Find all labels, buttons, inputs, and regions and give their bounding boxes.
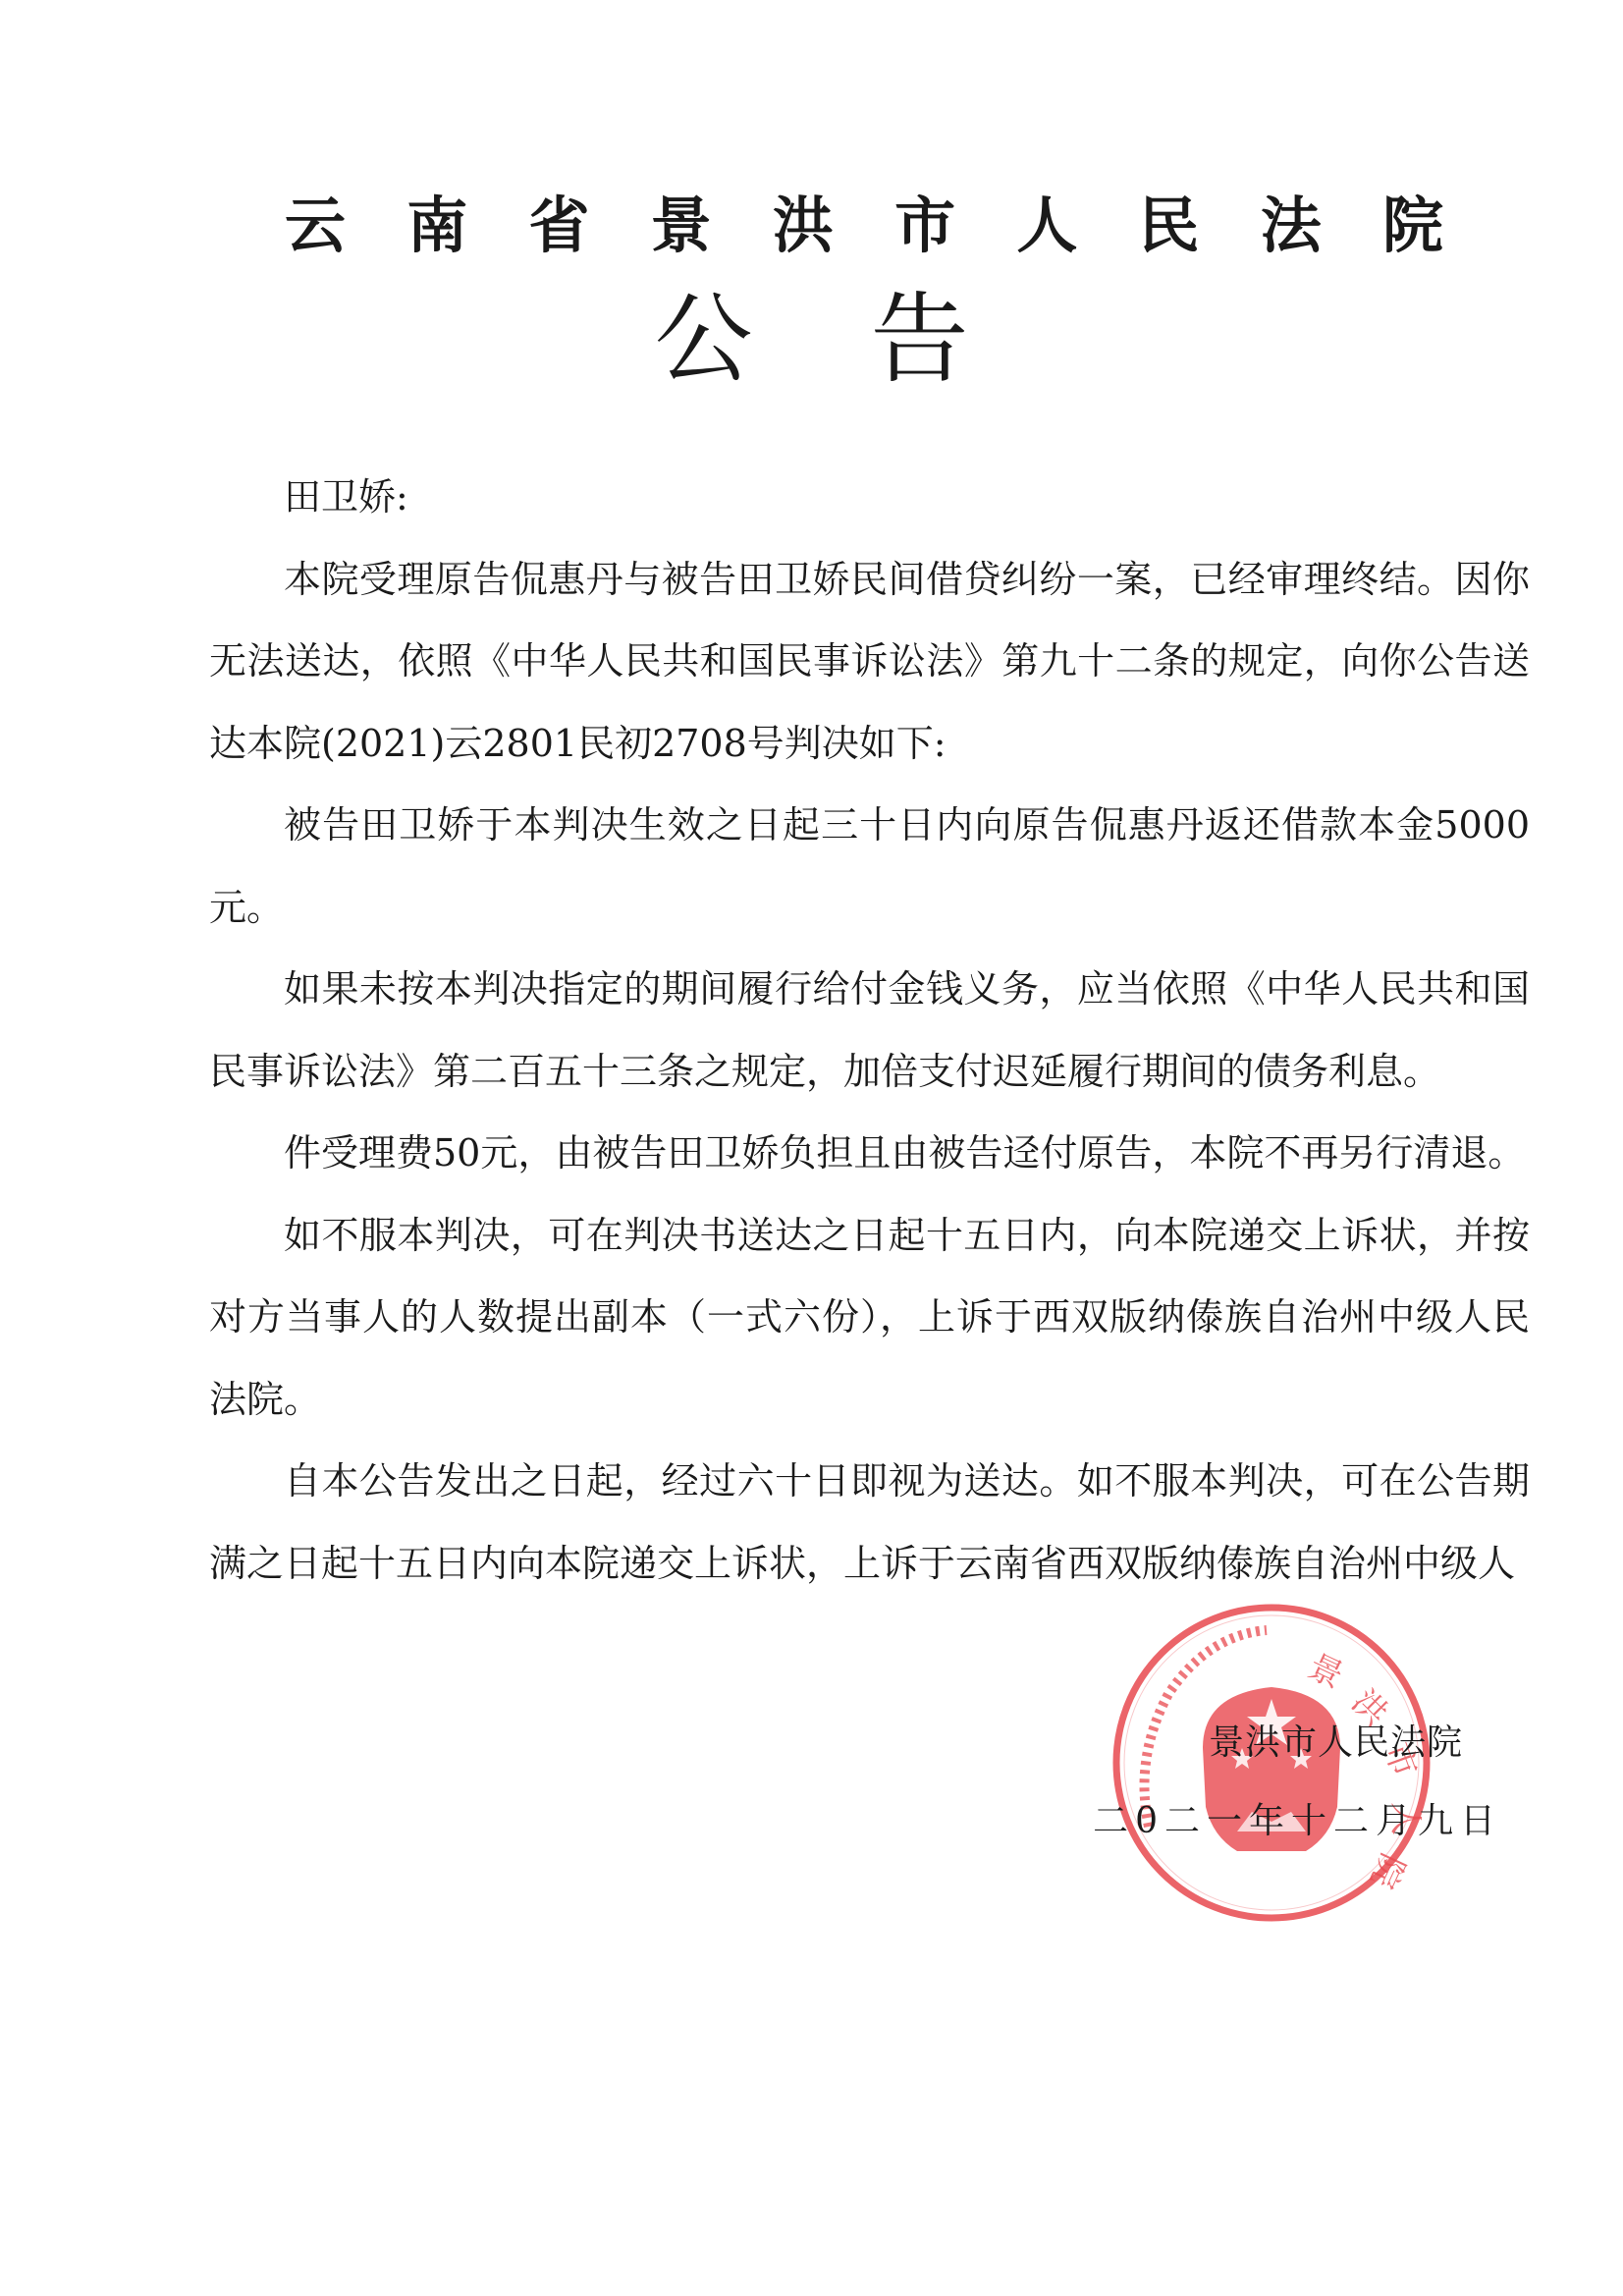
court-name-char: 洪 <box>773 177 834 264</box>
signing-date: 二0二一年十二月九日 <box>1090 1782 1502 1861</box>
signature-block: 景洪市人民法院 二0二一年十二月九日 <box>1090 1704 1502 1861</box>
court-name-char: 民 <box>1139 177 1200 264</box>
addressee: 田卫娇: <box>209 457 1530 539</box>
court-name-char: 人 <box>1016 177 1077 264</box>
signing-organization: 景洪市人民法院 <box>1090 1704 1502 1782</box>
document-title: 公告 <box>0 260 1623 402</box>
paragraph-case-summary: 本院受理原告侃惠丹与被告田卫娇民间借贷纠纷一案，已经审理终结。因你无法送达，依照… <box>209 539 1530 786</box>
paragraph-court-fee: 件受理费50元，由被告田卫娇负担且由被告迳付原告，本院不再另行清退。 <box>209 1113 1530 1195</box>
court-name-char: 南 <box>406 177 467 264</box>
notice-body: 田卫娇: 本院受理原告侃惠丹与被告田卫娇民间借贷纠纷一案，已经审理终结。因你无法… <box>209 457 1530 1605</box>
court-name-heading: 云 南 省 景 洪 市 人 民 法 院 <box>285 177 1443 264</box>
svg-text:景: 景 <box>1302 1647 1349 1697</box>
court-name-char: 省 <box>528 177 589 264</box>
paragraph-judgment: 被告田卫娇于本判决生效之日起三十日内向原告侃惠丹返还借款本金5000元。 <box>209 785 1530 949</box>
court-name-char: 景 <box>651 177 712 264</box>
court-name-char: 法 <box>1261 177 1322 264</box>
paragraph-service-period: 自本公告发出之日起，经过六十日即视为送达。如不服本判决，可在公告期满之日起十五日… <box>209 1441 1530 1605</box>
court-name-char: 市 <box>894 177 955 264</box>
court-name-char: 云 <box>285 177 346 264</box>
paragraph-late-interest: 如果未按本判决指定的期间履行给付金钱义务，应当依照《中华人民共和国民事诉讼法》第… <box>209 949 1530 1113</box>
paragraph-appeal: 如不服本判决，可在判决书送达之日起十五日内，向本院递交上诉状，并按对方当事人的人… <box>209 1195 1530 1442</box>
court-name-char: 院 <box>1382 177 1443 264</box>
